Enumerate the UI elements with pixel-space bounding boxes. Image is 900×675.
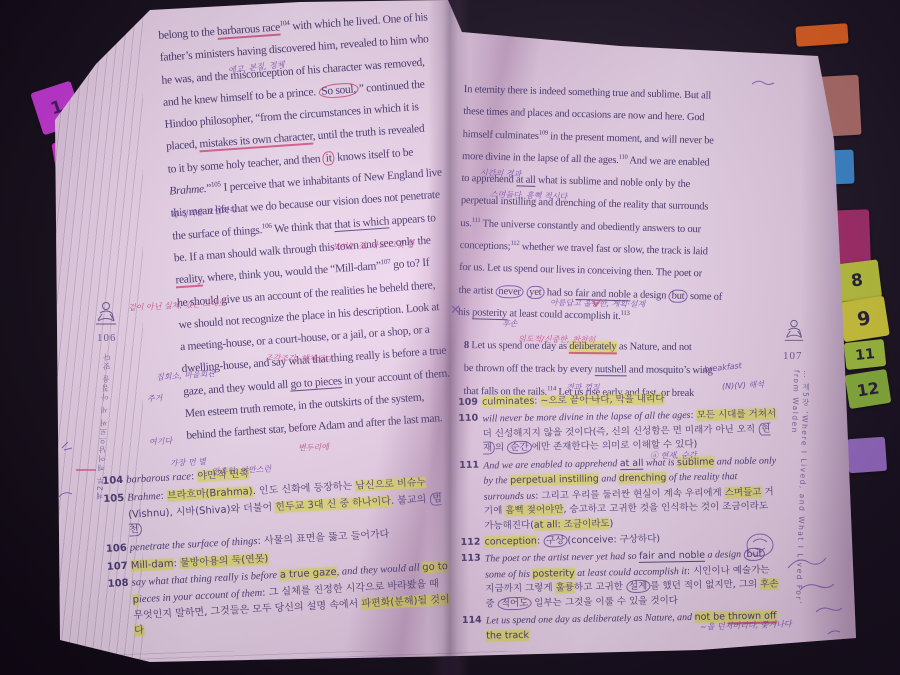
reader-sketch-icon bbox=[90, 300, 120, 328]
left-page-footnotes: 104barbarous race: 야만적 민족105Brahme: 브라흐마… bbox=[102, 456, 452, 642]
sticky-tab: 12 bbox=[845, 369, 892, 409]
footnote: 110will never be more divine in the laps… bbox=[458, 407, 777, 457]
handwritten-note: 조각조각, 해체되다 bbox=[265, 352, 332, 364]
sticky-tab: 11 bbox=[844, 339, 887, 370]
footnote-number: 109 bbox=[458, 396, 478, 411]
footnote-number: 113 bbox=[461, 552, 481, 567]
handwritten-x-mark: ✕ bbox=[450, 303, 461, 318]
handwritten-note: 가장 먼 별 bbox=[170, 456, 207, 469]
left-page-number: 106 bbox=[97, 332, 117, 344]
handwritten-note: 아름답고 훌륭한, 계획·설계 bbox=[550, 297, 645, 310]
footnote: 111And we are enabled to apprehend at al… bbox=[459, 453, 778, 534]
sticky-tab bbox=[795, 23, 848, 47]
sticky-tab: 9 bbox=[838, 296, 890, 343]
handwritten-note: (N)(V) 해석 bbox=[722, 379, 764, 392]
text-line: be thrown off the track by every nutshel… bbox=[464, 363, 738, 388]
text-line: 8 Let us spend one day as deliberately a… bbox=[464, 340, 738, 365]
footnote: 113The poet or the artist never yet had … bbox=[461, 547, 780, 612]
sticky-tab bbox=[847, 437, 887, 474]
photo-of-open-book: 1234567 891112 belong to the barbarous r… bbox=[0, 0, 900, 675]
left-page-body: belong to the barbarous race104 with whi… bbox=[158, 9, 489, 453]
handwritten-note: ⓐ 현재, 순간 bbox=[650, 450, 697, 462]
right-page-footnotes: 109culminates: ~으로 끝이 나다, 막을 내리다110will … bbox=[458, 390, 780, 646]
handwritten-note: 후손 bbox=[502, 318, 518, 329]
footnote-number: 110 bbox=[458, 412, 478, 427]
footnote-number: 112 bbox=[460, 536, 480, 551]
handwritten-note: 주거 bbox=[147, 392, 163, 404]
page-bottom-edge bbox=[70, 651, 830, 673]
footnote-number: 114 bbox=[462, 614, 482, 629]
footnote-number: 111 bbox=[459, 458, 479, 473]
handwritten-note: 견과 껍질 bbox=[566, 382, 600, 394]
handwritten-note: 여기다 bbox=[149, 435, 173, 447]
footnote-number: 106 bbox=[106, 540, 128, 557]
handwritten-note: 시간의 경과 bbox=[480, 167, 522, 179]
footnote-number: 108 bbox=[107, 576, 129, 593]
handwritten-note: 의도적/신중한, 찬찬히 bbox=[518, 333, 596, 345]
reader-sketch-icon bbox=[780, 318, 808, 344]
footnote-number: 107 bbox=[106, 559, 128, 576]
right-page-number: 107 bbox=[783, 350, 803, 362]
handwritten-note: 변두리에 bbox=[298, 441, 329, 453]
